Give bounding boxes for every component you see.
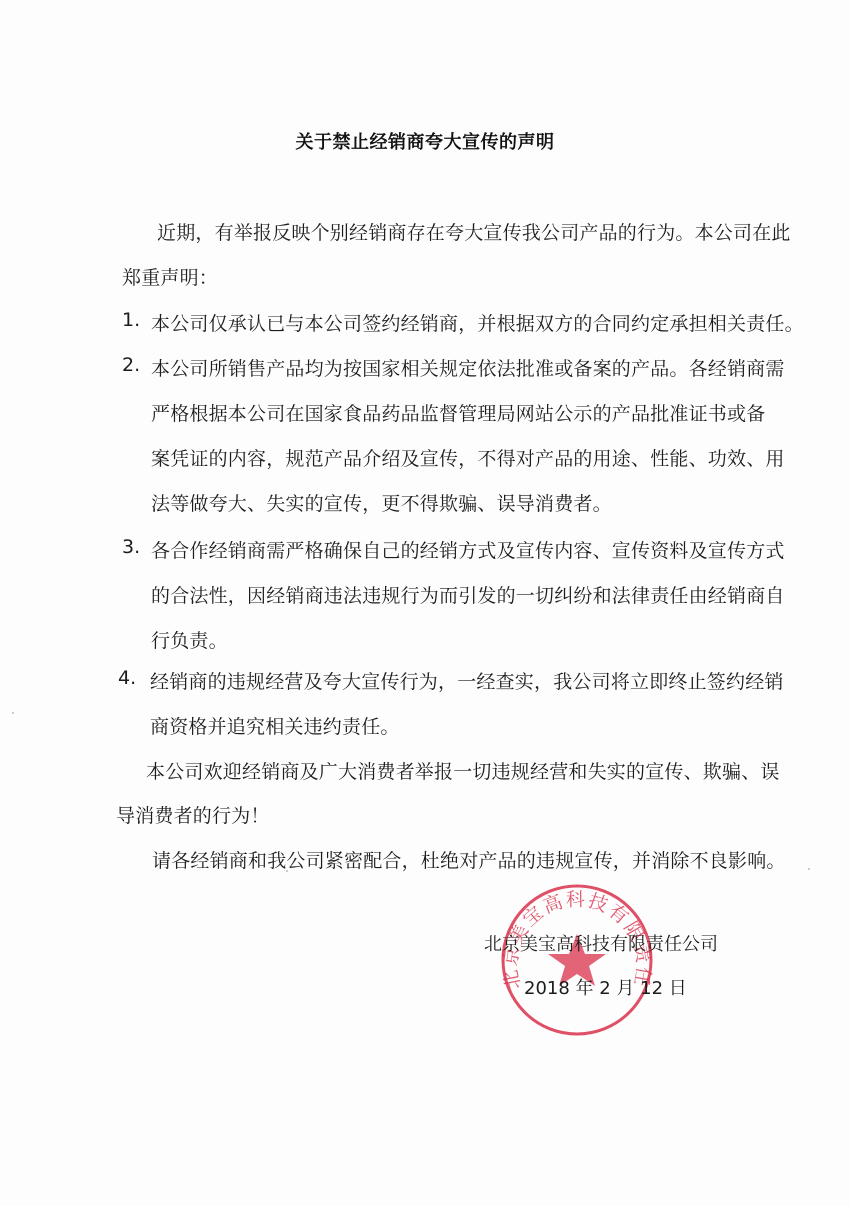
- item-3-line-2: 的合法性，因经销商违法违规行为而引发的一切纠纷和法律责任由经销商自: [151, 581, 785, 608]
- item-3-line-1: 各合作经销商需严格确保自己的经销方式及宣传内容、宣传资料及宣传方式: [151, 536, 785, 563]
- item-number-1: 1.: [122, 309, 140, 331]
- item-1-line-1: 本公司仅承认已与本公司签约经销商，并根据双方的合同约定承担相关责任。: [151, 309, 804, 336]
- item-3-line-3: 行负责。: [151, 626, 228, 653]
- scan-speck: [286, 870, 288, 872]
- item-number-3: 3.: [122, 536, 140, 558]
- company-seal-stamp: 北京美宝高科技有限责任公司: [499, 882, 655, 1038]
- intro-line-1: 近期，有举报反映个别经销商存在夸大宣传我公司产品的行为。本公司在此: [157, 218, 791, 245]
- item-2-line-1: 本公司所销售产品均为按国家相关规定依法批准或备案的产品。各经销商需: [151, 354, 785, 381]
- item-2-line-4: 法等做夸大、失实的宣传，更不得欺骗、误导消费者。: [151, 489, 612, 516]
- signature-date: 2018 年 2 月 12 日: [524, 974, 687, 1000]
- signature-company: 北京美宝高科技有限责任公司: [484, 930, 718, 956]
- item-4-line-2: 商资格并追究相关违约责任。: [150, 712, 400, 739]
- item-2-line-2: 严格根据本公司在国家食品药品监督管理局网站公示的产品批准证书或备: [151, 399, 765, 426]
- welcome-line-1: 本公司欢迎经销商及广大消费者举报一切违规经营和失实的宣传、欺骗、误: [146, 757, 780, 784]
- document-page: 关于禁止经销商夸大宣传的声明 近期，有举报反映个别经销商存在夸大宣传我公司产品的…: [0, 0, 850, 1206]
- welcome-line-2: 导消费者的行为！: [116, 801, 270, 828]
- document-title: 关于禁止经销商夸大宣传的声明: [0, 128, 850, 154]
- scan-speck: [808, 868, 810, 870]
- closing-line: 请各经销商和我公司紧密配合，杜绝对产品的违规宣传，并消除不良影响。: [152, 846, 786, 873]
- item-number-2: 2.: [122, 354, 140, 376]
- scan-speck: [12, 712, 14, 714]
- item-4-line-1: 经销商的违规经营及夸大宣传行为，一经查实，我公司将立即终止签约经销: [150, 667, 784, 694]
- item-2-line-3: 案凭证的内容，规范产品介绍及宣传，不得对产品的用途、性能、功效、用: [151, 444, 785, 471]
- intro-line-2: 郑重声明：: [122, 263, 218, 290]
- item-number-4: 4.: [118, 667, 136, 689]
